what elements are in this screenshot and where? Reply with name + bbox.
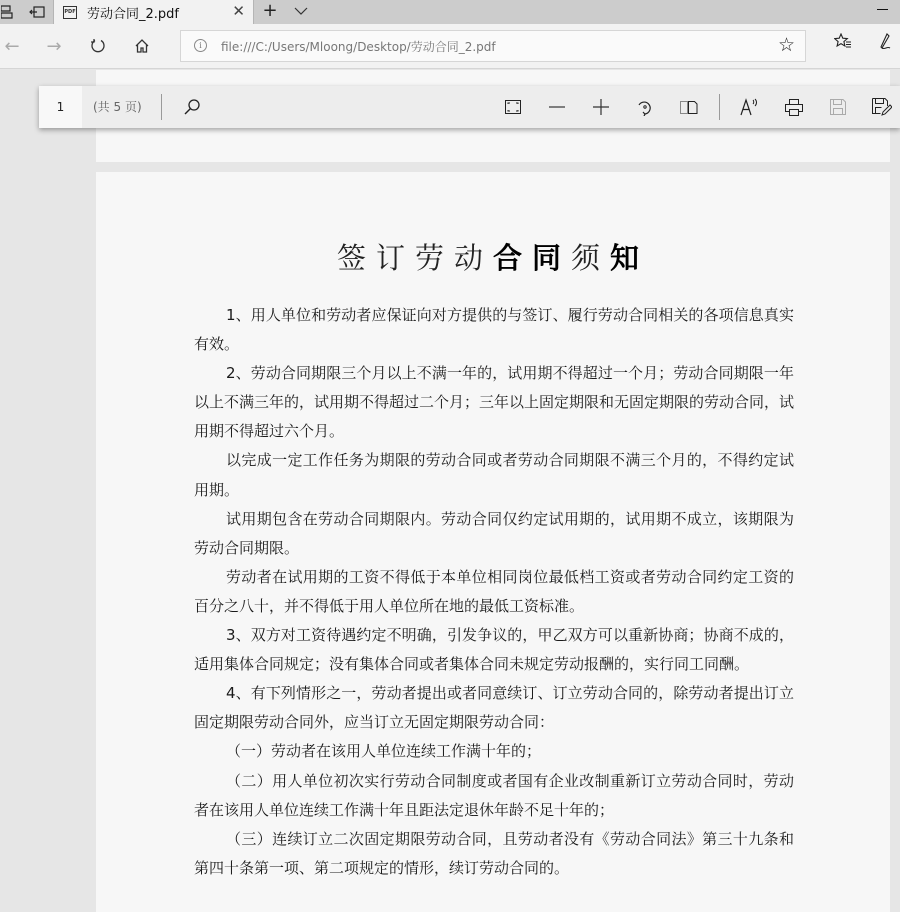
save-disk-icon (830, 99, 846, 115)
document-title: 签订劳动合同须知 (96, 236, 890, 277)
title-char: 劳 (415, 241, 454, 275)
paragraph: （二）用人单位初次实行劳动合同制度或者国有企业改制重新订立劳动合同时，劳动者在该… (194, 767, 794, 825)
page-total-label: (共 5 页) (93, 86, 142, 128)
favorites-list-icon[interactable] (834, 33, 852, 54)
title-char: 订 (376, 241, 415, 275)
rotate-button[interactable] (630, 92, 660, 122)
add-notes-pen-icon[interactable] (878, 33, 896, 56)
info-icon[interactable]: i (194, 39, 207, 52)
forward-button[interactable]: → (40, 32, 68, 60)
save-as-button[interactable] (867, 92, 897, 122)
printer-icon (785, 99, 803, 116)
navigation-bar: ← → i file:///C:/Users/Mloong/Desktop/劳动… (0, 24, 900, 69)
search-icon (183, 98, 201, 116)
paragraph: 以完成一定工作任务为期限的劳动合同或者劳动合同期限不满三个月的，不得约定试用期。 (194, 446, 794, 504)
refresh-button[interactable] (84, 32, 112, 60)
toolbar-divider (161, 94, 162, 120)
paragraph: 1、用人单位和劳动者应保证向对方提供的与签订、履行劳动合同相关的各项信息真实有效… (194, 301, 794, 359)
minus-icon (549, 99, 565, 115)
read-aloud-button[interactable] (735, 92, 765, 122)
save-as-icon (872, 98, 892, 116)
zoom-in-button[interactable] (586, 92, 616, 122)
title-char: 同 (532, 241, 571, 275)
title-char: 合 (493, 241, 532, 275)
document-body: 1、用人单位和劳动者应保证向对方提供的与签订、履行劳动合同相关的各项信息真实有效… (194, 301, 794, 883)
set-aside-tabs-icon[interactable] (28, 0, 46, 24)
new-tab-button[interactable]: + (260, 0, 280, 24)
plus-icon (593, 99, 609, 115)
tab-title: 劳动合同_2.pdf (87, 3, 179, 22)
pdf-toolbar: 1 (共 5 页) (39, 86, 900, 128)
paragraph: （三）连续订立二次固定期限劳动合同，且劳动者没有《劳动合同法》第三十九条和第四十… (194, 825, 794, 883)
paragraph: 3、双方对工资待遇约定不明确，引发争议的，甲乙双方可以重新协商；协商不成的，适用… (194, 621, 794, 679)
address-bar[interactable]: i file:///C:/Users/Mloong/Desktop/劳动合同_2… (180, 30, 806, 62)
rotate-icon (636, 98, 654, 116)
read-aloud-icon (740, 98, 760, 116)
page-layout-icon (680, 99, 698, 115)
title-char: 签 (337, 241, 376, 275)
zoom-out-button[interactable] (542, 92, 572, 122)
paragraph: 劳动者在试用期的工资不得低于本单位相同岗位最低档工资或者劳动合同约定工资的百分之… (194, 563, 794, 621)
back-button[interactable]: ← (0, 32, 26, 60)
fit-page-icon (505, 100, 521, 114)
minimize-window-button[interactable] (876, 0, 890, 24)
pdf-file-icon: PDF (63, 6, 77, 19)
address-url[interactable]: file:///C:/Users/Mloong/Desktop/劳动合同_2.p… (221, 38, 496, 55)
home-button[interactable] (128, 32, 156, 60)
paragraph: （一）劳动者在该用人单位连续工作满十年的； (194, 737, 794, 766)
chevron-down-icon[interactable] (292, 0, 310, 24)
paragraph: 2、劳动合同期限三个月以上不满一年的，试用期不得超过一个月；劳动合同期限一年以上… (194, 359, 794, 446)
page-number-input[interactable]: 1 (39, 86, 82, 128)
paragraph: 4、有下列情形之一，劳动者提出或者同意续订、订立劳动合同的，除劳动者提出订立固定… (194, 679, 794, 737)
toolbar-divider (719, 94, 720, 120)
print-button[interactable] (779, 92, 809, 122)
page-layout-button[interactable] (674, 92, 704, 122)
paragraph: 试用期包含在劳动合同期限内。劳动合同仅约定试用期的，试用期不成立，该期限为劳动合… (194, 505, 794, 563)
title-char: 知 (610, 241, 649, 275)
title-char: 动 (454, 241, 493, 275)
tab-bar: PDF 劳动合同_2.pdf ✕ + (0, 0, 900, 24)
title-char: 须 (571, 241, 610, 275)
tab-active[interactable]: PDF 劳动合同_2.pdf ✕ (53, 0, 254, 24)
tab-actions-icon[interactable] (0, 0, 14, 24)
add-favorite-star-icon[interactable]: ☆ (778, 34, 795, 56)
search-button[interactable] (177, 92, 207, 122)
close-tab-icon[interactable]: ✕ (232, 2, 245, 20)
save-button[interactable] (823, 92, 853, 122)
fit-to-page-button[interactable] (498, 92, 528, 122)
